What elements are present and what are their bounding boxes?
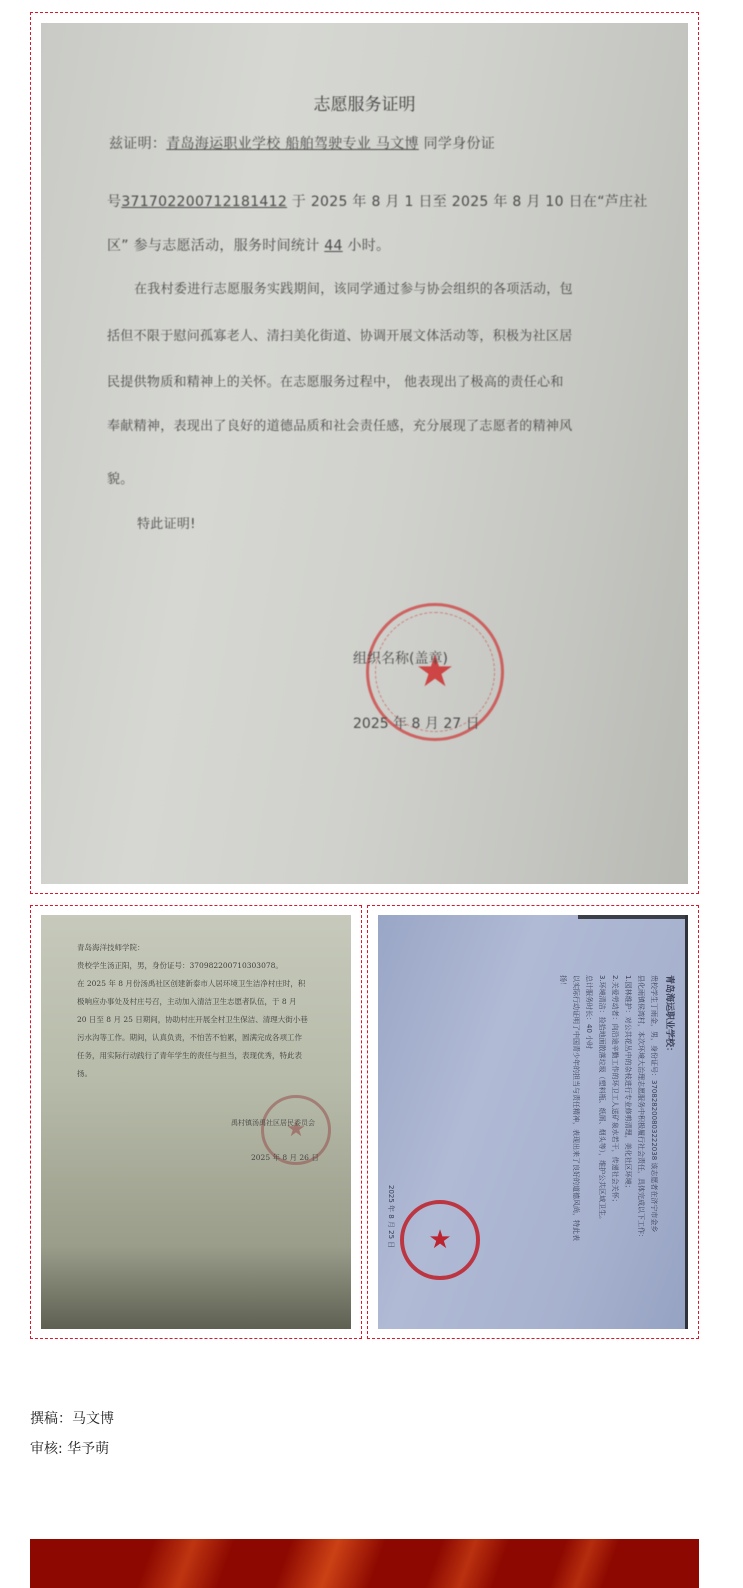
certificate-photo-main[interactable]: 志愿服务证明 兹证明：青岛海运职业学校 船舶驾驶专业 马文博 同学身份证 号37… [41, 23, 688, 884]
certificate-body-3: 民提供物质和精神上的关怀。在志愿服务过程中， 他表现出了极高的责任心和 [107, 371, 607, 390]
doc2-line: 极响应办事处及村庄号召，主动加入清洁卫生志愿者队伍，于 8 月 [77, 993, 327, 1011]
doc2-line: 在 2025 年 8 月份汤禹社区创建新泰市人居环境卫生洁净村庄时，积 [77, 975, 327, 993]
photo-edge-shadow [578, 915, 688, 919]
certificate-line-3: 区” 参与志愿活动，服务时间统计 44 小时。 [107, 235, 607, 255]
text: 小时。 [343, 238, 391, 254]
certificate-body-5: 貌。 [107, 468, 607, 487]
star-icon: ★ [428, 1227, 451, 1253]
certificate-signer: 禹村镇汤禹社区居民委员会 [231, 1118, 315, 1128]
certificate-date: 2025 年 8 月 25 日 [386, 1185, 396, 1248]
doc2-line: 扬。 [77, 1065, 327, 1083]
doc3-line: 扬！ [556, 975, 569, 1315]
underlined-text: 青岛海运职业学校 船舶驾驶专业 马文博 [166, 136, 419, 152]
certificate-document-main: 志愿服务证明 兹证明：青岛海运职业学校 船舶驾驶专业 马文博 同学身份证 号37… [41, 23, 688, 884]
certificate-photo-third[interactable]: 青岛海运职业学校： 贵校学生丁雨金，男，身份证号：370828200803222… [378, 915, 688, 1329]
photo-edge-shadow [685, 915, 688, 1329]
doc3-line: 1.园林维护：对公共花丛中的杂枝进行专业修剪清理，美化社区环境； [621, 975, 634, 1315]
text: 同学身份证 [419, 136, 495, 152]
certificate-date: 2025 年 8 月 26 日 [251, 1152, 319, 1163]
certificate-photo-second[interactable]: 青岛海洋技师学院： 贵校学生汤正阳，男，身份证号：370982200710303… [41, 915, 351, 1329]
certificate-document-third: 青岛海运职业学校： 贵校学生丁雨金，男，身份证号：370828200803222… [556, 975, 678, 1315]
certificate-date: 2025 年 8 月 27 日 [353, 713, 480, 733]
underlined-text: 371702200712181412 [121, 194, 287, 210]
text: 兹证明： [109, 136, 166, 152]
certificate-document-second: 青岛海洋技师学院： 贵校学生汤正阳，男，身份证号：370982200710303… [77, 939, 327, 1083]
doc2-line: 贵校学生汤正阳，男，身份证号：370982200710303078。 [77, 957, 327, 975]
doc3-heading: 青岛海运职业学校： [660, 975, 678, 1315]
certificate-signer: 组织名称(盖章) [353, 648, 448, 668]
certificate-body-1: 在我村委进行志愿服务实践期间，该同学通过参与协会组织的各项活动，包 [134, 278, 634, 297]
doc3-line: 2.关爱劳动者：向沿途辛勤工作的环卫工人送矿泉水若干，传递社会关怀； [608, 975, 621, 1315]
doc2-line: 任务，用实际行动践行了青年学生的责任与担当，表现优秀，特此表 [77, 1047, 327, 1065]
certificate-line-1: 兹证明：青岛海运职业学校 船舶驾驶专业 马文博 同学身份证 [109, 133, 609, 153]
official-seal: ★ [400, 1200, 480, 1280]
doc2-line: 污水沟等工作。期间，认真负责，不怕苦不怕累，圆满完成各项工作 [77, 1029, 327, 1047]
doc2-line: 20 日至 8 月 25 日期间，协助村庄开展全村卫生保洁、清理大街小巷 [77, 1011, 327, 1029]
certificate-title: 志愿服务证明 [41, 90, 688, 115]
doc3-line: 3.环境清洁：捡拾地面散落垃圾（塑料瓶、纸屑、烟头等），维护公共区域卫生。 [595, 975, 608, 1315]
doc2-line: 青岛海洋技师学院： [77, 939, 327, 957]
text: 于 2025 年 8 月 1 日至 2025 年 8 月 10 日在“芦庄社 [287, 194, 648, 210]
text: 号 [107, 194, 121, 210]
author-credit: 撰稿：马文博 [30, 1408, 114, 1428]
doc3-line: 县化雨镇侯湾村，本次环境大治理志愿服务中积极履行社会责任，具体完成以下工作： [634, 975, 647, 1315]
doc3-line: 总计服务时长：40 小时 [582, 975, 595, 1315]
certificate-closing: 特此证明! [137, 513, 637, 532]
certificate-line-2: 号371702200712181412 于 2025 年 8 月 1 日至 20… [107, 191, 607, 211]
footer-banner [30, 1539, 699, 1588]
text: 区” 参与志愿活动，服务时间统计 [107, 238, 324, 254]
reviewer-credit: 审核: 华予萌 [30, 1438, 109, 1458]
doc3-line: 以实际行动证明了中国青少年的担当与责任精神，表现出来了良好的道德风尚，特此表 [569, 975, 582, 1315]
certificate-body-4: 奉献精神，表现出了良好的道德品质和社会责任感，充分展现了志愿者的精神风 [107, 415, 607, 434]
doc3-line: 贵校学生丁雨金，男，身份证号：370828200803222038 该志愿者在济… [647, 975, 660, 1315]
certificate-body-2: 括但不限于慰问孤寡老人、清扫美化街道、协调开展文体活动等，积极为社区居 [107, 325, 607, 344]
underlined-text: 44 [324, 238, 342, 254]
